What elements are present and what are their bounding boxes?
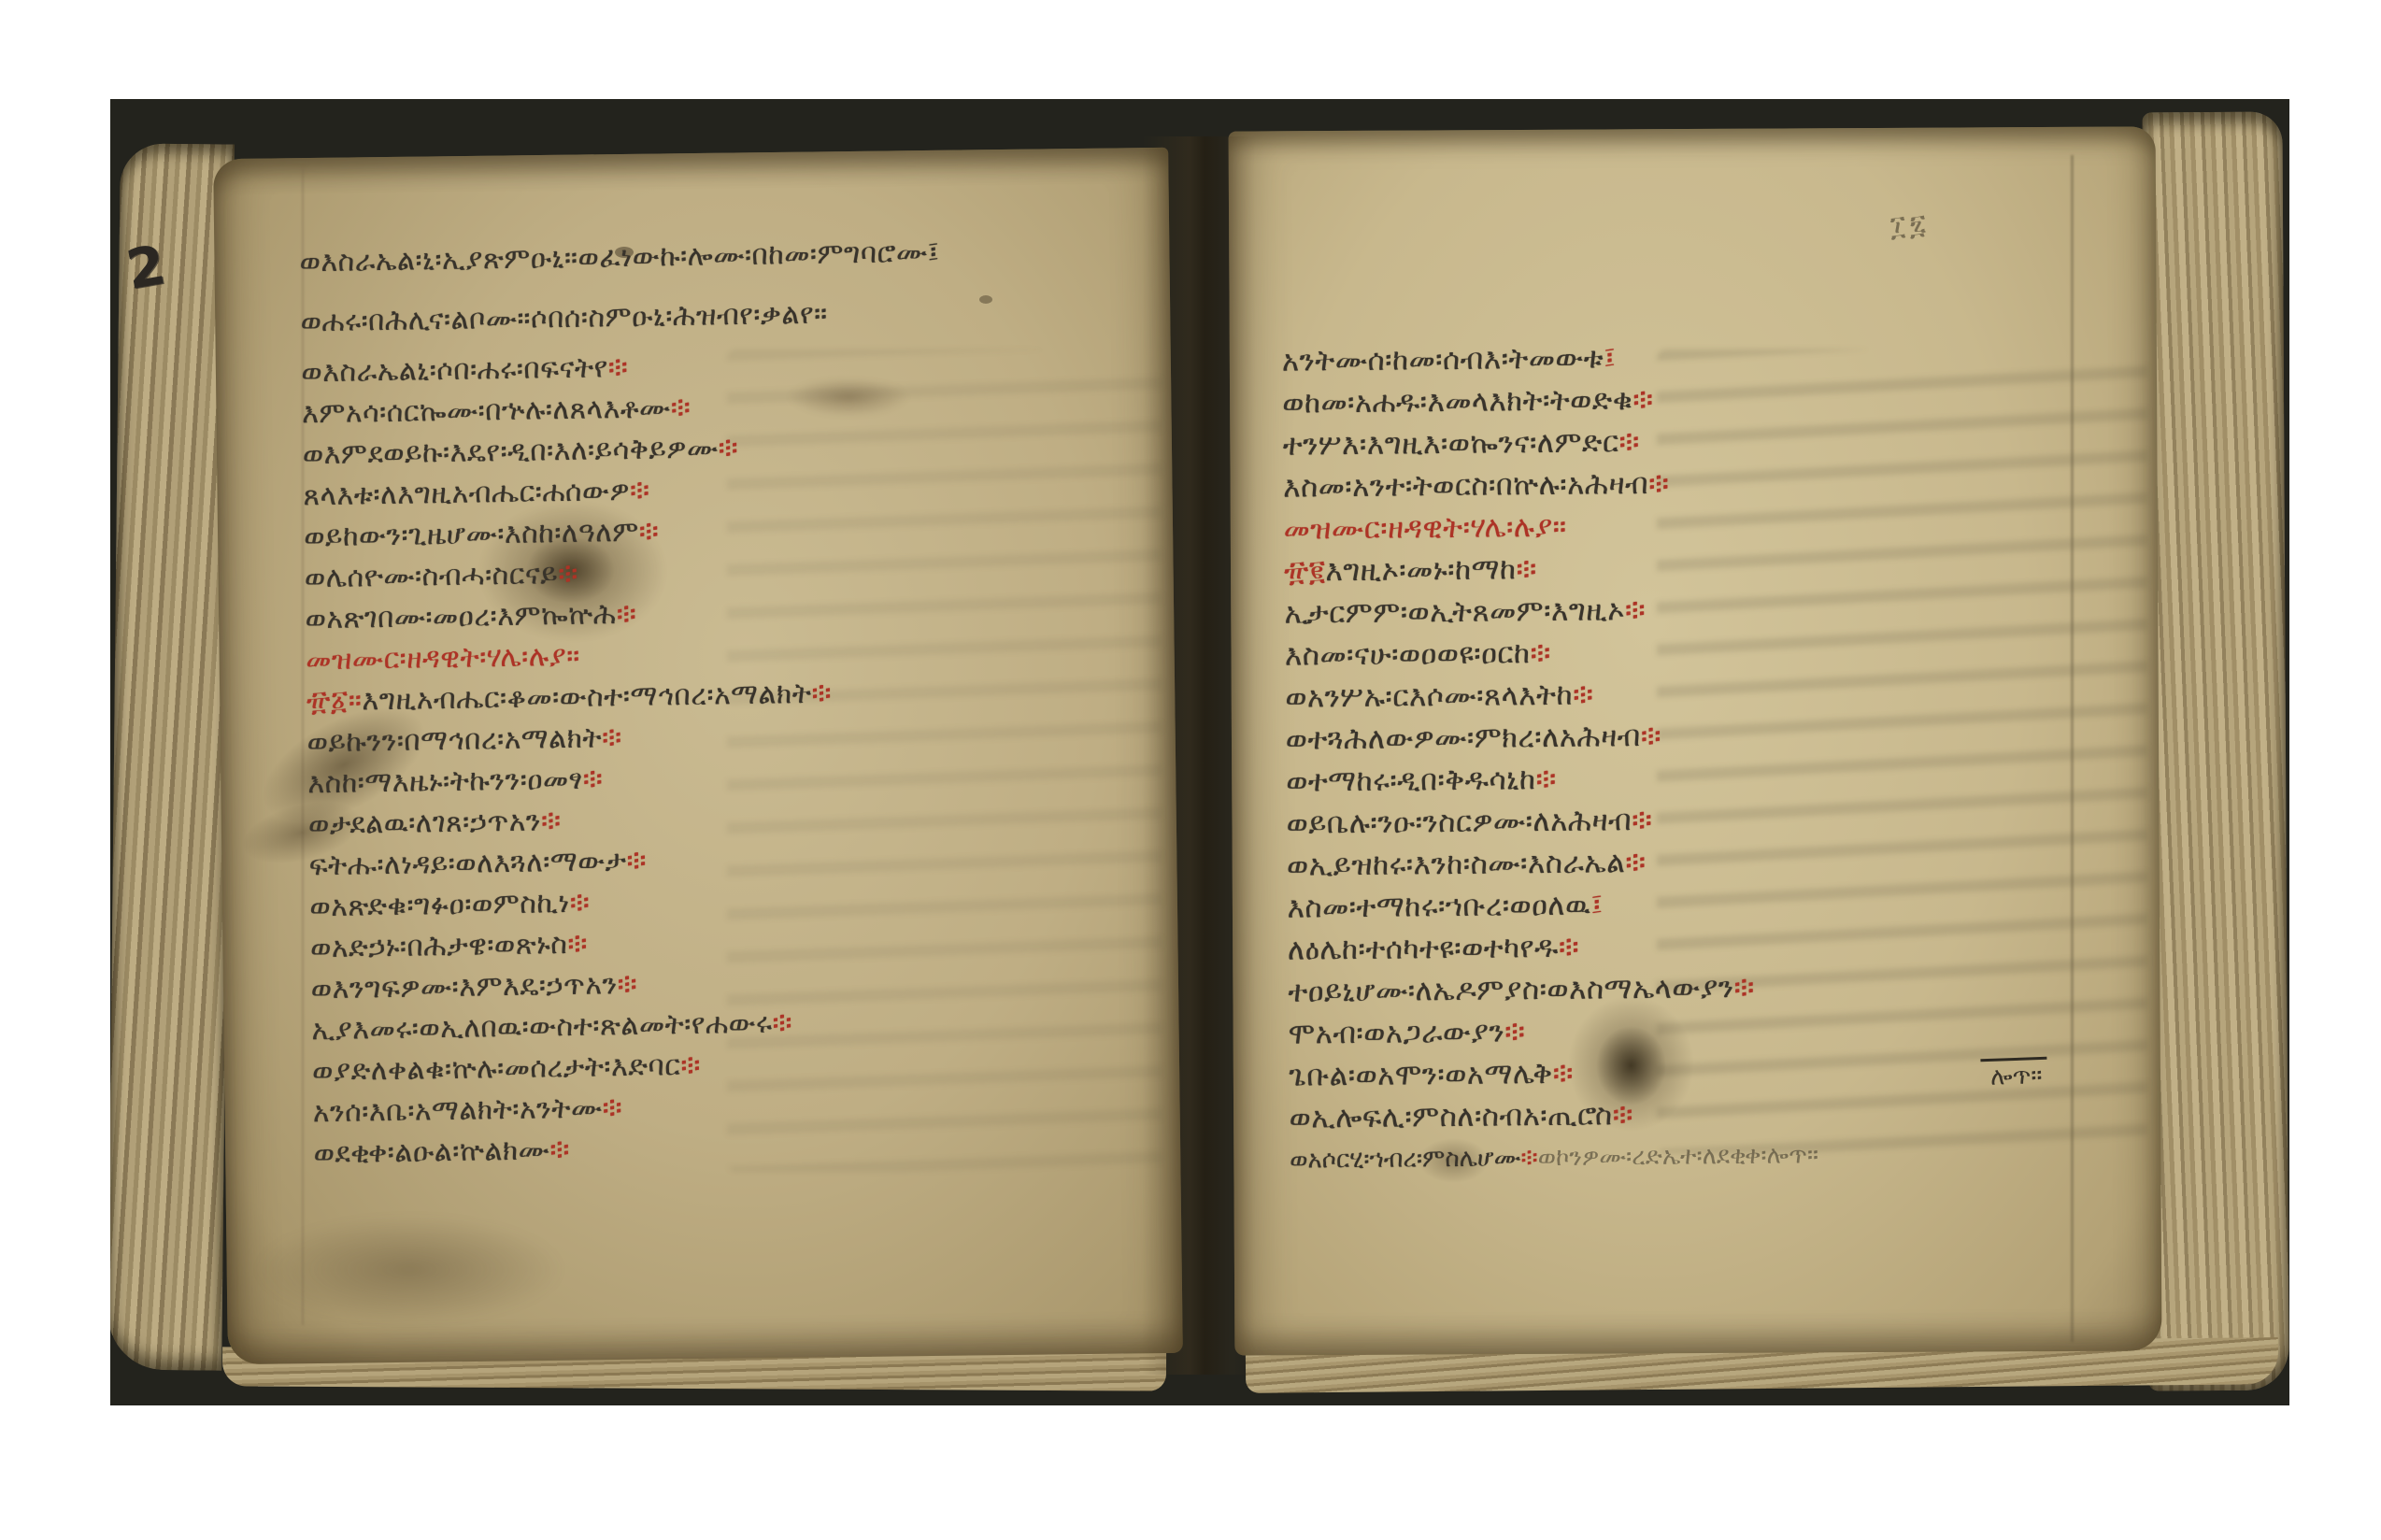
rubric-text: ፨ (1641, 720, 1662, 753)
ink-text: ለዕሌከ፡ተሰካተዩ፡ወተካየዱ (1288, 931, 1559, 967)
rubric-text: ፨ (626, 845, 647, 877)
rubric-text: ፨ (1632, 383, 1654, 417)
ink-text: ወሌሰዮሙ፡ስብሓ፡ስርናይ (305, 558, 559, 594)
rubric-text: ፨ (602, 1091, 622, 1124)
manuscript-line: ወተጓሕለውዎሙ፡ምክረ፡ለአሕዛብ፨ (1286, 714, 1815, 761)
rubric-text: ፨ (567, 928, 588, 961)
ink-text: ጸላእቱ፡ለእግዚአብሔር፡ሐሰውዎ (303, 475, 630, 512)
manuscript-line: ወከመ፡አሐዱ፡እመላእክት፡ትወድቁ፨ (1282, 378, 1811, 424)
rubric-text: ፹፩። (307, 684, 363, 718)
rubric-text: ፨ (1648, 467, 1670, 501)
ink-text: ወኢይዝከሩ፡እንከ፡ስሙ፡እስራኤል (1287, 846, 1626, 882)
rubric-text: ፨ (569, 887, 590, 920)
ink-text: ወተጓሕለውዎሙ፡ምክረ፡ለአሕዛብ (1286, 720, 1641, 757)
page-crease (2071, 155, 2074, 1342)
ink-text: ወእንግፍዎሙ፡እምእዴ፡ኃጥአን (311, 968, 618, 1005)
manuscript-line: ወአንሦኡ፡ርእሶሙ፡ጸላእትከ፨ (1285, 672, 1814, 719)
rubric-text: ፨ (1733, 971, 1755, 1005)
rubric-text: ፤ (1590, 888, 1604, 921)
manuscript-line: ወኢሎፍሊ፡ምስለ፡ስብአ፡ጢሮስ፨ (1289, 1092, 1818, 1139)
manuscript-line: ወኢይዝከሩ፡እንከ፡ስሙ፡እስራኤል፨ (1287, 840, 1816, 887)
ink-text: ኢያእመሩ፡ወኢለበዉ፡ውስተ፡ጽልመት፡የሐውሩ (311, 1007, 773, 1048)
stain (255, 1216, 563, 1323)
ink-text: ወሐሩ፡በሕሊና፡ልቦሙ።ሶበሰ፡ስምዑኒ፡ሕዝብየ፡ቃልየ። (300, 298, 828, 339)
ink-text: እምአሳ፡ሰርኰሙ፡በኍሉ፡ለጸላእቶሙ (302, 392, 671, 430)
manuscript-line: እስመ፡ተማከሩ፡ኀቡረ፡ወዐለዉ፤ (1287, 882, 1816, 929)
manuscript-line: ወእስራኤል፡ኒ፡ኢያጽምዑኒ።ወፈነውኩ፡ሎሙ፡በከመ፡ምግባሮሙ፤ (299, 231, 940, 286)
ink-text: ወታደልዉ፡ለገጸ፡ኃጥአን (308, 805, 542, 841)
ink-text: ወያድለቀልቁ፡ኵሉ፡መሰረታት፡እድባር (312, 1049, 681, 1088)
manuscript-line: ጌቡል፡ወአሞን፡ወአማሌቅ፨ (1289, 1050, 1818, 1097)
rubric-text: ፨ (670, 392, 691, 424)
manuscript-line: ኢታርምም፡ወኢትጸመም፡እግዚኦ፨ (1284, 588, 1813, 635)
left-page-text: ወእስራኤል፡ኒ፡ኢያጽምዑኒ።ወፈነውኩ፡ሎሙ፡በከመ፡ምግባሮሙ፤ወሐሩ፡በ… (299, 231, 954, 1176)
ink-text: ወከመ፡አሐዱ፡እመላእክት፡ትወድቁ (1282, 383, 1632, 421)
manuscript-line: ፹፪እግዚኦ፡መኑ፡ከማከ፨ (1284, 546, 1813, 592)
rubric-text: ፨ (1612, 1098, 1633, 1132)
rubric-text: ፨ (1530, 636, 1551, 670)
rubric-text: ፨ (1535, 763, 1557, 796)
rubric-text: ፨ (602, 721, 622, 754)
rubric-text: ፨ (558, 558, 578, 591)
rubric-text: ፨ (1625, 593, 1647, 627)
ink-text: ወእምደወይኩ፡እዴየ፡ዲበ፡እለ፡ይሳቅይዎሙ (303, 432, 719, 471)
ink-text: ፍትሑ፡ለነዳይ፡ወለእጓለ፡ማውታ (308, 845, 626, 882)
manuscript-line: ወሐሩ፡በሕሊና፡ልቦሙ።ሶበሰ፡ስምዑኒ፡ሕዝብየ፡ቃልየ። (300, 291, 941, 346)
stain (979, 295, 992, 304)
rubric-text: ፨ (1559, 931, 1580, 964)
ink-text: ወይኩንን፡በማኅበረ፡አማልክት (307, 721, 602, 759)
rubric-text: ፨ (1552, 1057, 1574, 1091)
rubric-text: ፨ (772, 1006, 792, 1039)
margin-note: ሎጥ። (1980, 1057, 2048, 1092)
ink-text: ሞአብ፡ወአጋራውያን (1289, 1015, 1505, 1050)
rubric-text: ፹፪ (1284, 554, 1326, 588)
rubric-text: ፨ (1573, 678, 1594, 712)
ink-text: ወኢሎፍሊ፡ምስለ፡ስብአ፡ጢሮስ (1290, 1098, 1613, 1134)
manuscript-line: ወአሶርሂ፡ኀብረ፡ምስሌሆሙ፨ወኮንዎሙ፡ረድኤተ፡ለደቂቀ፡ሎጥ። (1290, 1134, 1818, 1181)
manuscript-line: እስመ፡ናሁ፡ወዐወዩ፡ዐርከ፨ (1285, 630, 1814, 677)
page-edges-right (2142, 112, 2288, 1391)
right-page-text: አንትሙሰ፡ከመ፡ሰብእ፡ትመውቱ፤ወከመ፡አሐዱ፡እመላእክት፡ትወድቁ፨ተን… (1282, 335, 1819, 1181)
rubric-text: ፨ (616, 598, 636, 631)
ink-text: ጌቡል፡ወአሞን፡ወአማሌቅ (1289, 1057, 1553, 1093)
rubric-text: ፨ (1618, 425, 1640, 459)
scanned-manuscript-page: 2 ፲፯ ወእስራኤል፡ኒ፡ኢያጽምዑኒ።ወፈነውኩ፡ሎሙ፡በከመ፡ምግባሮሙ፤… (0, 0, 2381, 1540)
ink-text: ወእስራኤል፡ኒ፡ኢያጽምዑኒ።ወፈነውኩ፡ሎሙ፡በከመ፡ምግባሮሙ፤ (299, 236, 939, 279)
ink-text: እስመ፡ናሁ፡ወዐወዩ፡ዐርከ (1285, 636, 1531, 673)
rubric-text: ፨ (549, 1134, 570, 1166)
ink-text: ወአድኃኑ፡በሕታዌ፡ወጽኑስ (310, 928, 568, 964)
rubric-text: ፨ (1504, 1015, 1526, 1048)
manuscript-line: ለዕሌከ፡ተሰካተዩ፡ወተካየዱ፨ (1288, 924, 1817, 971)
ink-text: ተንሦእ፡እግዚእ፡ወኰንና፡ለምድር (1283, 425, 1619, 462)
ink-text: ኢታርምም፡ወኢትጸመም፡እግዚኦ (1284, 593, 1625, 630)
ink-text: ወአጽድቁ፡ግፉዐ፡ወምስኪነ (309, 887, 570, 923)
manuscript-photo: 2 ፲፯ ወእስራኤል፡ኒ፡ኢያጽምዑኒ።ወፈነውኩ፡ሎሙ፡በከመ፡ምግባሮሙ፤… (110, 99, 2289, 1405)
ink-text: ወደቂቀ፡ልዑል፡ኵልክሙ (313, 1134, 549, 1170)
rubric-text: ፨ (630, 475, 650, 507)
rubric-text: ፨ (1520, 1144, 1538, 1172)
rubric-text: ፨ (582, 763, 603, 795)
ink-text: ወአንሦኡ፡ርእሶሙ፡ጸላእትከ (1285, 678, 1573, 715)
rubric-text: ፨ (718, 432, 738, 464)
manuscript-line: መዝሙር፡ዘዳዊት፡ሃሌ፡ሉያ። (1283, 504, 1812, 550)
quire-mark: ፲፯ (1889, 208, 1931, 243)
rubric-text: ፨ (638, 515, 659, 548)
ink-text: ተዐይኒሆሙ፡ለኤዶምያስ፡ወእስማኤላውያን (1288, 971, 1733, 1009)
rubric-text: ፨ (541, 805, 562, 837)
ink-text: እስከ፡ማእዜኑ፡ትኩንን፡ዐመፃ (307, 763, 583, 801)
rubric-text: መዝሙር፡ዘዳዊት፡ሃሌ፡ሉያ። (1283, 510, 1566, 547)
rubric-text: ፨ (811, 677, 832, 710)
manuscript-line: እስመ፡አንተ፡ትወርስ፡በኵሉ፡አሕዛብ፨ (1283, 462, 1812, 508)
ink-text: ወአጽገበሙ፡መዐረ፡እምኰኵሕ (305, 598, 617, 635)
ink-text: እስመ፡ተማከሩ፡ኀቡረ፡ወዐለዉ (1287, 889, 1590, 925)
rubric-text: መዝሙር፡ዘዳዊት፡ሃሌ፡ሉያ። (306, 640, 580, 677)
ink-text: አንሰ፡እቤ፡አማልክት፡አንትሙ (313, 1091, 603, 1129)
rubric-text: ፨ (680, 1049, 701, 1082)
ink-text: ወይከውን፡ጊዜሆሙ፡እስከ፡ለዓለም (304, 516, 639, 554)
rubric-text: ፨ (617, 968, 637, 1001)
rubric-text: ፨ (1625, 846, 1647, 879)
ink-text: እስመ፡አንተ፡ትወርስ፡በኵሉ፡አሕዛብ (1283, 467, 1648, 505)
ink-text: ወኮንዎሙ፡ረድኤተ፡ለደቂቀ፡ሎጥ። (1538, 1141, 1819, 1172)
manuscript-line: አንትሙሰ፡ከመ፡ሰብእ፡ትመውቱ፤ (1282, 335, 1811, 382)
rubric-text: ፤ (1604, 341, 1617, 375)
ink-text: ወይቤሉ፡ንዑ፡ንስርዎሙ፡ለአሕዛብ (1286, 804, 1632, 841)
ink-text: ወአሶርሂ፡ኀብረ፡ምስሌሆሙ (1290, 1144, 1521, 1174)
manuscript-line: ተንሦእ፡እግዚእ፡ወኰንና፡ለምድር፨ (1283, 420, 1812, 466)
ink-text: እግዚአብሔር፡ቆመ፡ውስተ፡ማኅበረ፡አማልክት (362, 677, 812, 718)
rubric-text: ፨ (607, 351, 628, 384)
ink-text: አንትሙሰ፡ከመ፡ሰብእ፡ትመውቱ (1282, 341, 1604, 378)
rubric-text: ፨ (1516, 552, 1537, 586)
ink-text: ወእስራኤልኒ፡ሶበ፡ሐሩ፡በፍናትየ (301, 351, 608, 389)
ink-text: ወተማከሩ፡ዲበ፡ቅዱሳኒከ (1286, 763, 1536, 799)
manuscript-line: ሞአብ፡ወአጋራውያን፨ (1289, 1008, 1818, 1055)
ink-text: እግዚኦ፡መኑ፡ከማከ (1325, 552, 1517, 588)
manuscript-line: ወይቤሉ፡ንዑ፡ንስርዎሙ፡ለአሕዛብ፨ (1286, 798, 1815, 845)
manuscript-line: ተዐይኒሆሙ፡ለኤዶምያስ፡ወእስማኤላውያን፨ (1288, 966, 1817, 1013)
manuscript-line: ወተማከሩ፡ዲበ፡ቅዱሳኒከ፨ (1286, 756, 1815, 803)
rubric-text: ፨ (1632, 804, 1653, 837)
